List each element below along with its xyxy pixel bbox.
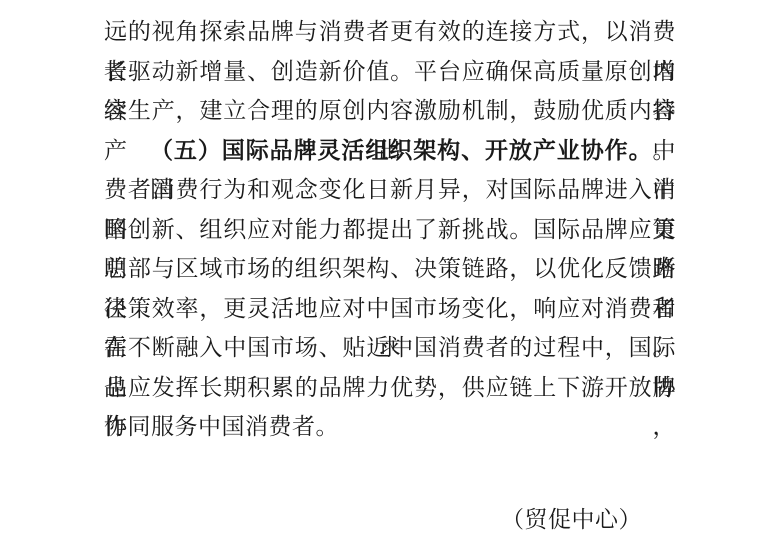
paragraph-line: 总部与区域市场的组织架构、决策链路，以优化反馈路径和 bbox=[104, 249, 676, 289]
document-page: 远的视角探索品牌与消费者更有效的连接方式，以消费者增 长驱动新增量、创造新价值。… bbox=[0, 0, 776, 541]
paragraph-line: 略创新、组织应对能力都提出了新挑战。国际品牌应更明晰 bbox=[104, 210, 676, 250]
paragraph-line: 也应发挥长期积累的品牌力优势，供应链上下游开放协作， bbox=[104, 368, 676, 408]
section-heading-bold: （五）国际品牌灵活组织架构、开放产业协作。 bbox=[150, 138, 653, 163]
paragraph-line: 长驱动新增量、创造新价值。平台应确保高质量原创内容持 bbox=[104, 52, 676, 92]
paragraph-line: 决策效率，更灵活地应对中国市场变化，响应对消费者需求。 bbox=[104, 289, 676, 329]
text-block: 远的视角探索品牌与消费者更有效的连接方式，以消费者增 长驱动新增量、创造新价值。… bbox=[104, 12, 676, 447]
paragraph-line: 费者消费行为和观念变化日新月异，对国际品牌进入中国策 bbox=[104, 170, 676, 210]
paragraph-line: 续生产，建立合理的原创内容激励机制，鼓励优质内容产出。 bbox=[104, 91, 676, 131]
section-heading-line: （五）国际品牌灵活组织架构、开放产业协作。中国消 bbox=[104, 131, 676, 171]
attribution-signature: （贸促中心） bbox=[501, 500, 642, 540]
paragraph-line: 在不断融入中国市场、贴近中国消费者的过程中，国际品牌 bbox=[104, 328, 676, 368]
paragraph-line: 远的视角探索品牌与消费者更有效的连接方式，以消费者增 bbox=[104, 12, 676, 52]
